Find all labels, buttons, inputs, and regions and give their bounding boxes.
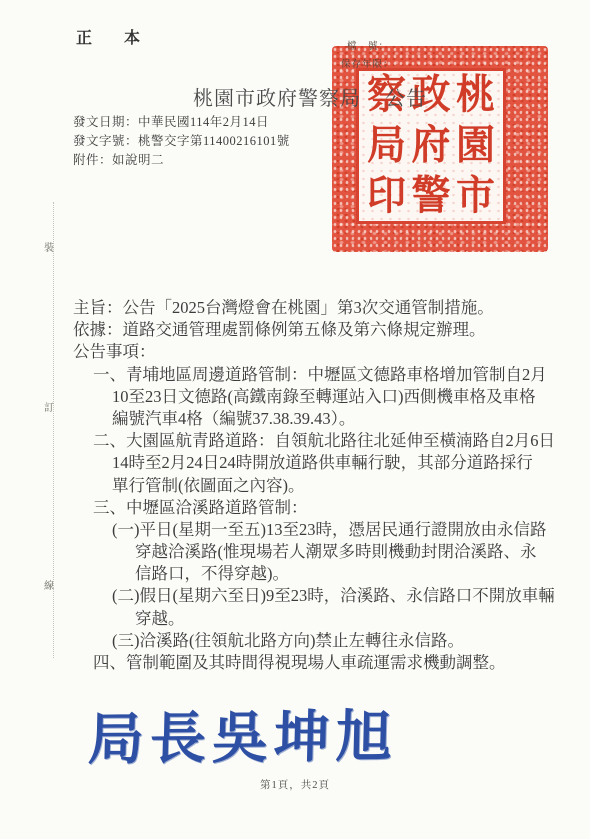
body-line: (一)平日(星期一至五)13至23時，憑居民通行證開放由永信路 bbox=[112, 519, 555, 541]
binding-mark: 線 bbox=[44, 577, 54, 592]
body-line: 公告事項： bbox=[73, 341, 555, 363]
body-line: 二、大園區航青路道路：自領航北路往北延伸至橫湳路自2月6日 bbox=[93, 430, 555, 452]
director-signature: 局長吳坤旭 bbox=[87, 692, 399, 775]
body-line: 依據：道路交通管理處罰條例第五條及第六條規定辦理。 bbox=[73, 319, 555, 341]
body-line: 穿越洽溪路(惟現場若人潮眾多時則機動封閉洽溪路、永 bbox=[135, 541, 555, 563]
archive-retention-label: 保存年限： bbox=[341, 56, 394, 70]
copy-type-label: 正 本 bbox=[76, 25, 154, 48]
announcement-document-page: 正 本 桃園市政府警察局公告 檔 號： 保存年限： 桃園市政府警察局印 裝訂線 … bbox=[0, 0, 590, 839]
document-type: 公告 bbox=[385, 88, 427, 110]
document-title: 桃園市政府警察局公告 bbox=[193, 82, 427, 111]
sender-info-block: 發文日期：中華民國114年2月14日 發文字號：桃警交字第11400216101… bbox=[73, 113, 290, 170]
binding-mark: 裝 bbox=[44, 239, 54, 254]
body-line: 10至23日文德路(高鐵南錄至轉運站入口)西側機車格及車格 bbox=[112, 386, 555, 408]
body-line: 穿越。 bbox=[135, 608, 555, 630]
body-line: 單行管制(依圖面之內容)。 bbox=[112, 475, 555, 497]
body-line: 三、中壢區洽溪路道路管制： bbox=[93, 497, 555, 519]
body-line: 14時至2月24日24時開放道路供車輛行駛，其部分道路採行 bbox=[112, 452, 555, 474]
issue-date: 發文日期：中華民國114年2月14日 bbox=[73, 113, 290, 132]
issuing-agency: 桃園市政府警察局 bbox=[193, 88, 361, 110]
body-line: 編號汽車4格（編號37.38.39.43）。 bbox=[112, 408, 555, 430]
binding-mark: 訂 bbox=[44, 399, 54, 414]
page-number-footer: 第1頁，共2頁 bbox=[0, 777, 590, 792]
body-line: (三)洽溪路(往領航北路方向)禁止左轉往永信路。 bbox=[112, 630, 555, 652]
body-line: 主旨：公告「2025台灣燈會在桃園」第3次交通管制措施。 bbox=[73, 297, 555, 319]
attachment-note: 附件：如說明二 bbox=[73, 151, 290, 170]
archive-file-no-label: 檔 號： bbox=[347, 38, 389, 52]
document-number: 發文字號：桃警交字第11400216101號 bbox=[73, 132, 290, 151]
seal-column: 桃園市 bbox=[456, 74, 495, 218]
body-line: 四、管制範圍及其時間得視現場人車疏運需求機動調整。 bbox=[93, 652, 555, 674]
body-line: 信路口，不得穿越)。 bbox=[135, 563, 555, 585]
official-seal-stamp: 桃園市政府警察局印 bbox=[332, 46, 548, 252]
body-line: (二)假日(星期六至日)9至23時，洽溪路、永信路口不開放車輛 bbox=[112, 585, 555, 607]
body-line: 一、青埔地區周邊道路管制：中壢區文德路車格增加管制自2月 bbox=[93, 364, 555, 386]
announcement-body: 主旨：公告「2025台灣燈會在桃園」第3次交通管制措施。依據：道路交通管理處罰條… bbox=[73, 297, 555, 674]
